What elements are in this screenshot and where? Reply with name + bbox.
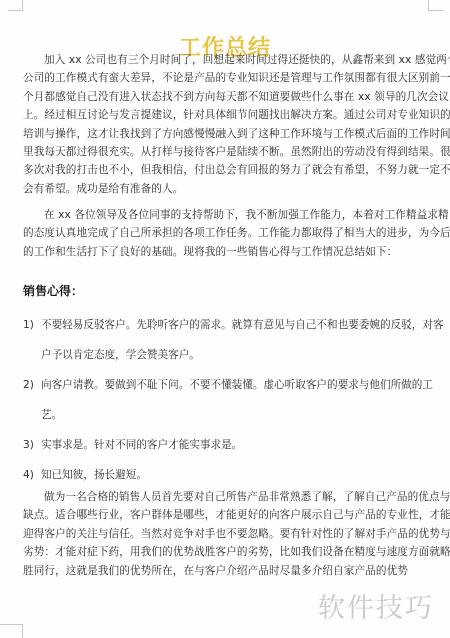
- paragraph-line: 胜同行，这就是我们的优势所在，在与客户介绍产品时尽量多介绍自家产品的优势: [23, 562, 433, 580]
- paragraph-line: 的工作和生活打下了良好的基础。现将我的一些销售心得与工作情况总结如下：: [23, 243, 433, 261]
- list-number: 1): [23, 310, 34, 340]
- list-text: 向客户请教。要做到不耻下问。不要不懂装懂。虚心听取客户的要求与他们所做的工: [23, 370, 433, 400]
- paragraph-line: 的态度认真地完成了自己所承担的各项工作任务。工作能力都取得了相当大的进步，为今后: [23, 224, 433, 242]
- document-page: 工作总结 加入 xx 公司也有三个月时间了，回想起来时间过得还挺快的，从鑫帮来到…: [0, 0, 450, 638]
- sales-insights-list: 1) 不要轻易反驳客户。先聆听客户的需求。就算有意见与自己不和也要委婉的反驳，对…: [23, 310, 433, 490]
- list-item: 3) 实事求是。针对不同的客户才能实事求是。: [23, 430, 433, 460]
- page-corner-mark: [428, 0, 443, 11]
- list-number: 3): [23, 430, 34, 460]
- paragraph-line: 在 xx 各位领导及各位同事的支持帮助下，我不断加强工作能力，本着对工作精益求精: [23, 206, 433, 224]
- paragraph-line: 里我每天都过得很充实。从打样与接待客户是陆续不断。虽然附出的劳动没有得到结果。很: [23, 143, 433, 161]
- list-text: 知已知彼，扬长避短。: [23, 460, 433, 490]
- list-item: 1) 不要轻易反驳客户。先聆听客户的需求。就算有意见与自己不和也要委婉的反驳，对…: [23, 310, 433, 370]
- paragraph-line: 上。经过相互讨论与发言提建议，针对具体细节问题找出解决方案。通过公司对专业知识的: [23, 106, 433, 124]
- list-text: 户予以肯定态度，学会赞美客户。: [23, 340, 433, 370]
- paragraph-line: 个月都感觉自己没有进入状态找不到方向每天都不知道要做些什么事在 xx 领导的几次…: [23, 88, 433, 106]
- paragraph-line: 缺点。适合哪些行业，客户群体是哪些，才能更好的向客户展示自己与产品的专业性，才能: [23, 506, 433, 524]
- paragraph-line: 公司的工作模式有蛮大差异，不论是产品的专业知识还是管理与工作氛围都有很大区别前一: [23, 69, 433, 87]
- page-corner-mark: [0, 624, 23, 638]
- list-text: 不要轻易反驳客户。先聆听客户的需求。就算有意见与自己不和也要委婉的反驳，对客: [23, 310, 433, 340]
- list-item: 4) 知已知彼，扬长避短。: [23, 460, 433, 490]
- list-text: 艺。: [23, 400, 433, 430]
- page-corner-mark: [8, 0, 23, 11]
- paragraph-intro: 加入 xx 公司也有三个月时间了，回想起来时间过得还挺快的，从鑫帮来到 xx 感…: [23, 51, 433, 198]
- section-title-sales-insights: 销售心得：: [23, 282, 83, 299]
- paragraph-line: 会有希望。成功是给有准备的人。: [23, 180, 433, 198]
- list-number: 4): [23, 460, 34, 490]
- paragraph-sales-person: 做为一名合格的销售人员首先要对自己所售产品非常熟悉了解，了解自己产品的优点与 缺…: [23, 488, 433, 580]
- list-item: 2) 向客户请教。要做到不耻下问。不要不懂装懂。虚心听取客户的要求与他们所做的工…: [23, 370, 433, 430]
- paragraph-line: 多次对我的打击也不小，但我相信，付出总会有回报的努力了就会有希望，不努力就一定不: [23, 161, 433, 179]
- paragraph-line: 做为一名合格的销售人员首先要对自己所售产品非常熟悉了解，了解自己产品的优点与: [23, 488, 433, 506]
- paragraph-support: 在 xx 各位领导及各位同事的支持帮助下，我不断加强工作能力，本着对工作精益求精…: [23, 206, 433, 261]
- watermark-text: 软件技巧: [318, 586, 434, 625]
- paragraph-line: 培训与操作，这才让我找到了方向感慢慢融入到了这种工作环境与工作模式后面的工作时间: [23, 125, 433, 143]
- list-text: 实事求是。针对不同的客户才能实事求是。: [23, 430, 433, 460]
- paragraph-line: 加入 xx 公司也有三个月时间了，回想起来时间过得还挺快的，从鑫帮来到 xx 感…: [23, 51, 433, 69]
- paragraph-line: 迎得客户的关注与信任。当然对竞争对手也不要忽略。要有针对性的了解对手产品的优势与: [23, 525, 433, 543]
- paragraph-line: 劣势：才能对症下药，用我们的优势战胜客户的劣势，比如我们设备在精度与速度方面就略: [23, 543, 433, 561]
- list-number: 2): [23, 370, 34, 400]
